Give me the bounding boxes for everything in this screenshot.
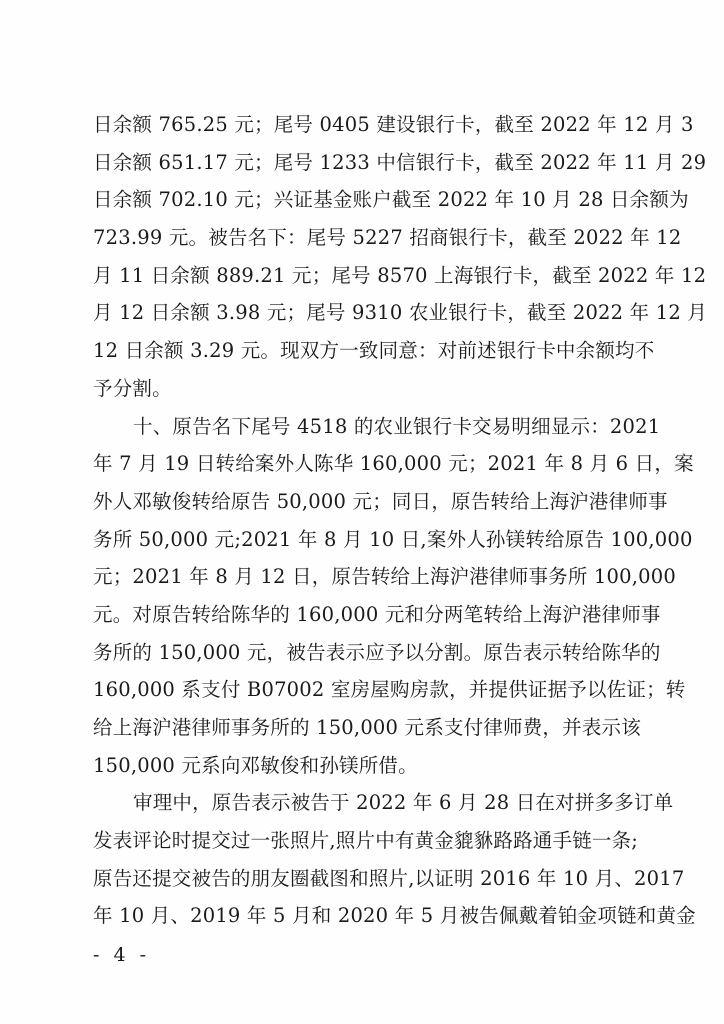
page-number: - 4 - [93, 942, 150, 968]
text-line: 发表评论时提交过一张照片,照片中有黄金貔貅路路通手链一条; [93, 822, 633, 860]
text-line: 12 日余额 3.29 元。现双方一致同意：对前述银行卡中余额均不 [93, 332, 633, 370]
text-line: 务所 50,000 元;2021 年 8 月 10 日,案外人孙镁转给原告 10… [93, 521, 633, 559]
text-line: 日余额 765.25 元；尾号 0405 建设银行卡，截至 2022 年 12 … [93, 106, 633, 144]
text-line: 160,000 系支付 B07002 室房屋购房款，并提供证据予以佐证；转 [93, 671, 633, 709]
text-line: 外人邓敏俊转给原告 50,000 元；同日，原告转给上海沪港律师事 [93, 483, 633, 521]
text-line: 日余额 702.10 元；兴证基金账户截至 2022 年 10 月 28 日余额… [93, 181, 633, 219]
text-line: 元。对原告转给陈华的 160,000 元和分两笔转给上海沪港律师事 [93, 596, 633, 634]
text-line: 年 10 月、2019 年 5 月和 2020 年 5 月被告佩戴着铂金项链和黄… [93, 897, 633, 935]
text-line: 原告还提交被告的朋友圈截图和照片,以证明 2016 年 10 月、2017 [93, 860, 633, 898]
text-line: 予分割。 [93, 370, 633, 408]
text-line: 月 11 日余额 889.21 元；尾号 8570 上海银行卡，截至 2022 … [93, 257, 633, 295]
text-line: 723.99 元。被告名下：尾号 5227 招商银行卡，截至 2022 年 12 [93, 219, 633, 257]
document-body: 日余额 765.25 元；尾号 0405 建设银行卡，截至 2022 年 12 … [93, 106, 633, 935]
text-line: 元；2021 年 8 月 12 日，原告转给上海沪港律师事务所 100,000 [93, 558, 633, 596]
text-line: 年 7 月 19 日转给案外人陈华 160,000 元；2021 年 8 月 6… [93, 445, 633, 483]
text-line: 务所的 150,000 元，被告表示应予以分割。原告表示转给陈华的 [93, 634, 633, 672]
paragraph-start-line: 审理中，原告表示被告于 2022 年 6 月 28 日在对拼多多订单 [93, 784, 633, 822]
text-line: 月 12 日余额 3.98 元；尾号 9310 农业银行卡，截至 2022 年 … [93, 294, 633, 332]
text-line: 给上海沪港律师事务所的 150,000 元系支付律师费，并表示该 [93, 709, 633, 747]
paragraph-start-line: 十、原告名下尾号 4518 的农业银行卡交易明细显示：2021 [93, 408, 633, 446]
text-line: 150,000 元系向邓敏俊和孙镁所借。 [93, 747, 633, 785]
document-page: 日余额 765.25 元；尾号 0405 建设银行卡，截至 2022 年 12 … [0, 0, 724, 1024]
text-line: 日余额 651.17 元；尾号 1233 中信银行卡，截至 2022 年 11 … [93, 144, 633, 182]
